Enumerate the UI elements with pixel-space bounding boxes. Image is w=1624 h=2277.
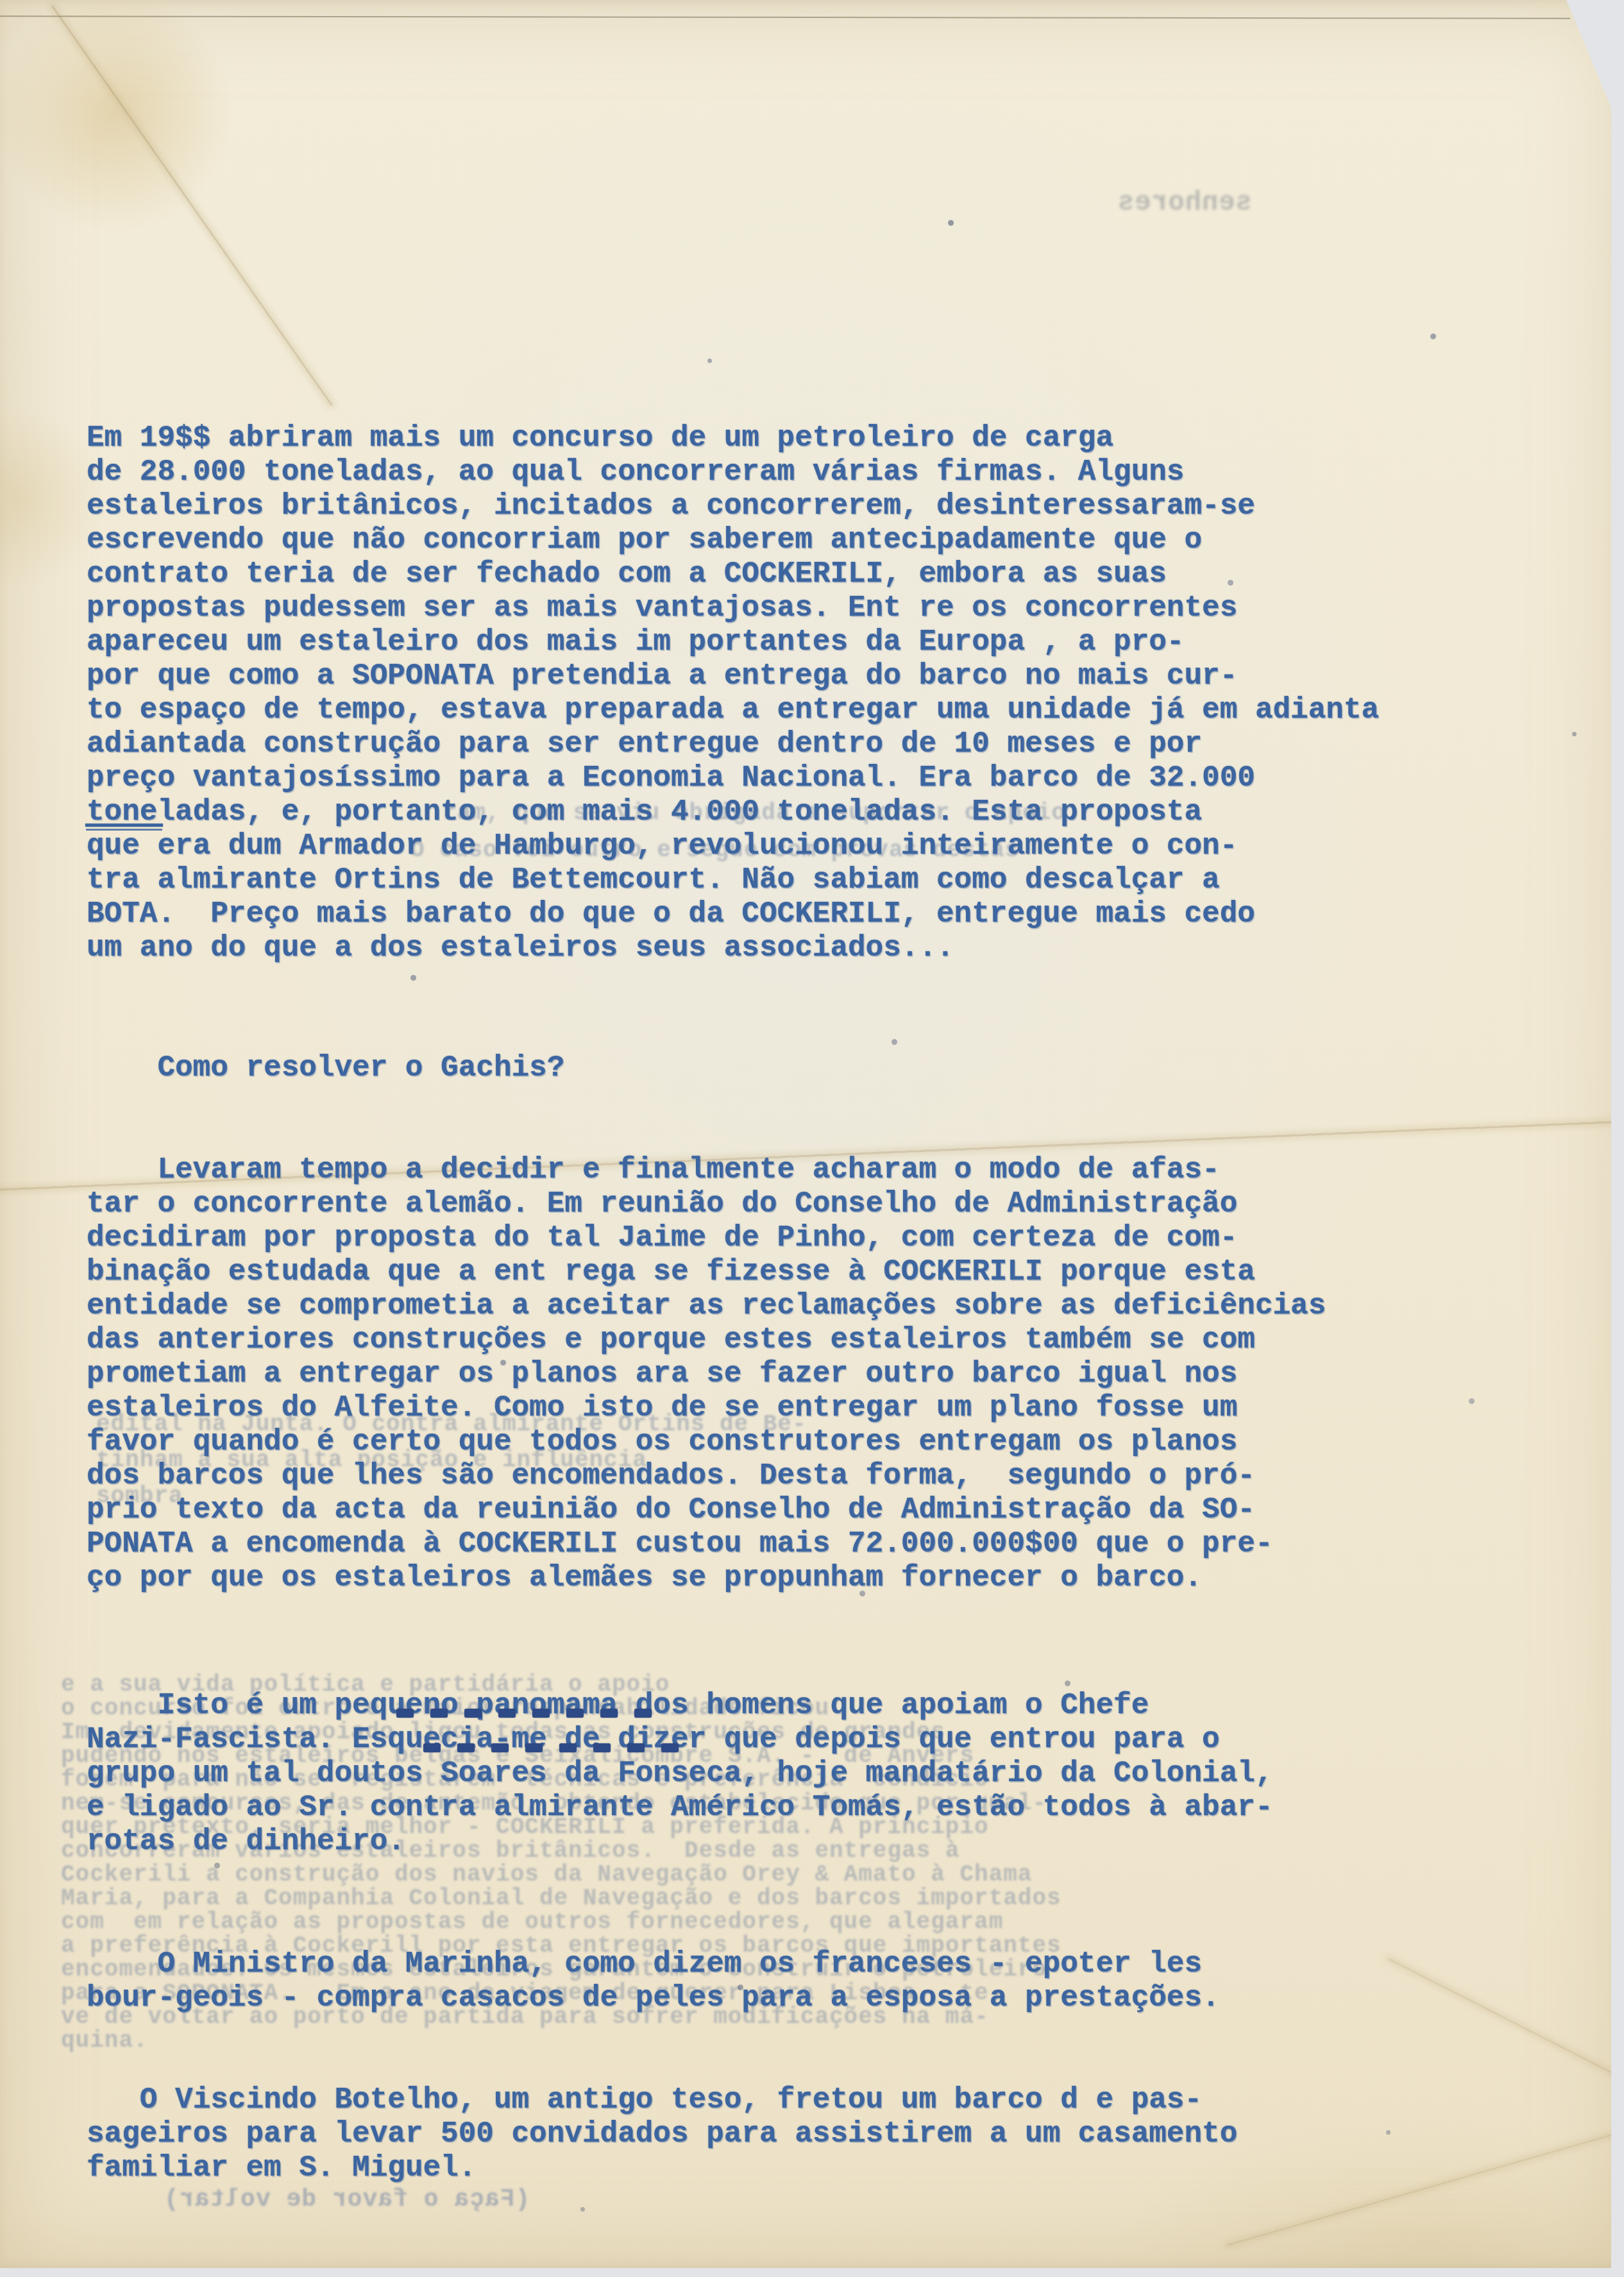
dash-mark (396, 1709, 414, 1718)
text-line: bour-geois - compra casacos de peles par… (87, 1981, 1555, 2015)
text-line: toneladas, e, portanto, com mais 4.000 t… (87, 795, 1555, 829)
dash-mark (491, 1743, 509, 1752)
text-line: dos barcos que lhes são encomendados. De… (87, 1459, 1555, 1493)
text-line: rotas de dinheiro. (87, 1825, 1555, 1859)
text-line: tar o concorrente alemão. Em reunião do … (87, 1187, 1555, 1221)
text-line: preço vantajosíssimo para a Economia Nac… (87, 761, 1555, 795)
paper-sheet: senhores ram, que se viu obrigada a supo… (0, 0, 1624, 2268)
dash-mark (566, 1709, 584, 1718)
text-line: um ano do que a dos estaleiros seus asso… (87, 931, 1555, 965)
paragraph-decision: Levaram tempo a decidir e finalmente ach… (87, 1153, 1555, 1595)
text-line: e ligado ao Sr. contra almirante Américo… (87, 1791, 1555, 1825)
text-line: contrato teria de ser fechado com a COCK… (87, 557, 1555, 591)
paragraph-tender: Em 19$$ abriram mais um concurso de um p… (87, 319, 1555, 965)
dash-mark (559, 1743, 577, 1752)
text-line: adiantada construção para ser entregue d… (87, 727, 1555, 761)
dashed-separator (396, 1709, 679, 1778)
dash-mark (661, 1743, 679, 1752)
text-line: estaleiros do Alfeite. Como isto de se e… (87, 1391, 1555, 1425)
bota-underline (85, 824, 163, 827)
text-line: Em 19$$ abriram mais um concurso de um p… (87, 421, 1555, 455)
text-line: Isto é um pequeno panomama dos homens qu… (87, 1689, 1555, 1723)
dash-mark (600, 1709, 618, 1718)
ink-specks (0, 0, 3, 3)
text-line: que era dum Armador de Hamburgo, revoluc… (87, 829, 1555, 863)
dash-row-1 (396, 1709, 679, 1718)
dash-mark (525, 1743, 543, 1752)
paper-top-fold-line (0, 15, 1570, 19)
text-line: Como resolver o Gachis? (87, 1051, 1555, 1085)
text-line: de 28.000 toneladas, ao qual concorreram… (87, 455, 1555, 489)
text-line: ço por que os estaleiros alemães se prop… (87, 1561, 1555, 1595)
text-line: tra almirante Ortins de Bettemcourt. Não… (87, 863, 1555, 897)
paragraph-panorama: Isto é um pequeno panomama dos homens qu… (87, 1689, 1555, 1859)
dash-row-2 (423, 1743, 679, 1752)
text-line: BOTA. Preço mais barato do que o da COCK… (87, 897, 1555, 931)
dash-mark (430, 1709, 448, 1718)
dash-mark (464, 1709, 482, 1718)
text-line: Levaram tempo a decidir e finalmente ach… (87, 1153, 1555, 1187)
dash-mark (423, 1743, 441, 1752)
text-line: apareceu um estaleiro dos mais im portan… (87, 625, 1555, 659)
paragraph-botelho: O Viscindo Botelho, um antigo teso, fret… (87, 2083, 1555, 2185)
dash-mark (627, 1743, 645, 1752)
dash-mark (532, 1709, 550, 1718)
dash-mark (457, 1743, 475, 1752)
text-line: sageiros para levar 500 convidados para … (87, 2117, 1555, 2151)
paragraph-question: Como resolver o Gachis? (87, 1051, 1555, 1085)
text-line: propostas pudessem ser as mais vantajosa… (87, 591, 1555, 625)
text-line: O Ministro da Marinha, como dizem os fra… (87, 1947, 1555, 1981)
text-line: Nazi-Fascista. Esquecia-me de dizer que … (87, 1723, 1555, 1757)
ghost-word-top: senhores (1117, 187, 1252, 218)
text-line: entidade se comprometia a aceitar as rec… (87, 1289, 1555, 1323)
text-line: grupo um tal doutos Soares da Fonseca, h… (87, 1757, 1555, 1791)
text-line: prio texto da acta da reuinião do Consel… (87, 1493, 1555, 1527)
typed-text-area: Em 19$$ abriram mais um concurso de um p… (87, 251, 1555, 2253)
text-line: estaleiros britânicos, incitados a conco… (87, 489, 1555, 523)
paragraph-minister: O Ministro da Marinha, como dizem os fra… (87, 1947, 1555, 2015)
text-line: favor quando é certo que todos os constr… (87, 1425, 1555, 1459)
text-line: decidiram por proposta do tal Jaime de P… (87, 1221, 1555, 1255)
text-line: escrevendo que não concorriam por sabere… (87, 523, 1555, 557)
text-line: por que como a SOPONATA pretendia a entr… (87, 659, 1555, 693)
text-line: familiar em S. Miguel. (87, 2151, 1555, 2185)
dash-mark (634, 1709, 652, 1718)
text-line: prometiam a entregar os planos ara se fa… (87, 1357, 1555, 1391)
text-line: O Viscindo Botelho, um antigo teso, fret… (87, 2083, 1555, 2117)
text-line: das anteriores construções e porque este… (87, 1323, 1555, 1357)
text-line: to espaço de tempo, estava preparada a e… (87, 693, 1555, 727)
text-line: PONATA a encomenda à COCKERILI custou ma… (87, 1527, 1555, 1561)
scanned-document: { "document": { "type": "typewritten let… (0, 0, 1624, 2277)
dash-mark (498, 1709, 516, 1718)
dash-mark (593, 1743, 611, 1752)
text-line: binação estudada que a ent rega se fizes… (87, 1255, 1555, 1289)
